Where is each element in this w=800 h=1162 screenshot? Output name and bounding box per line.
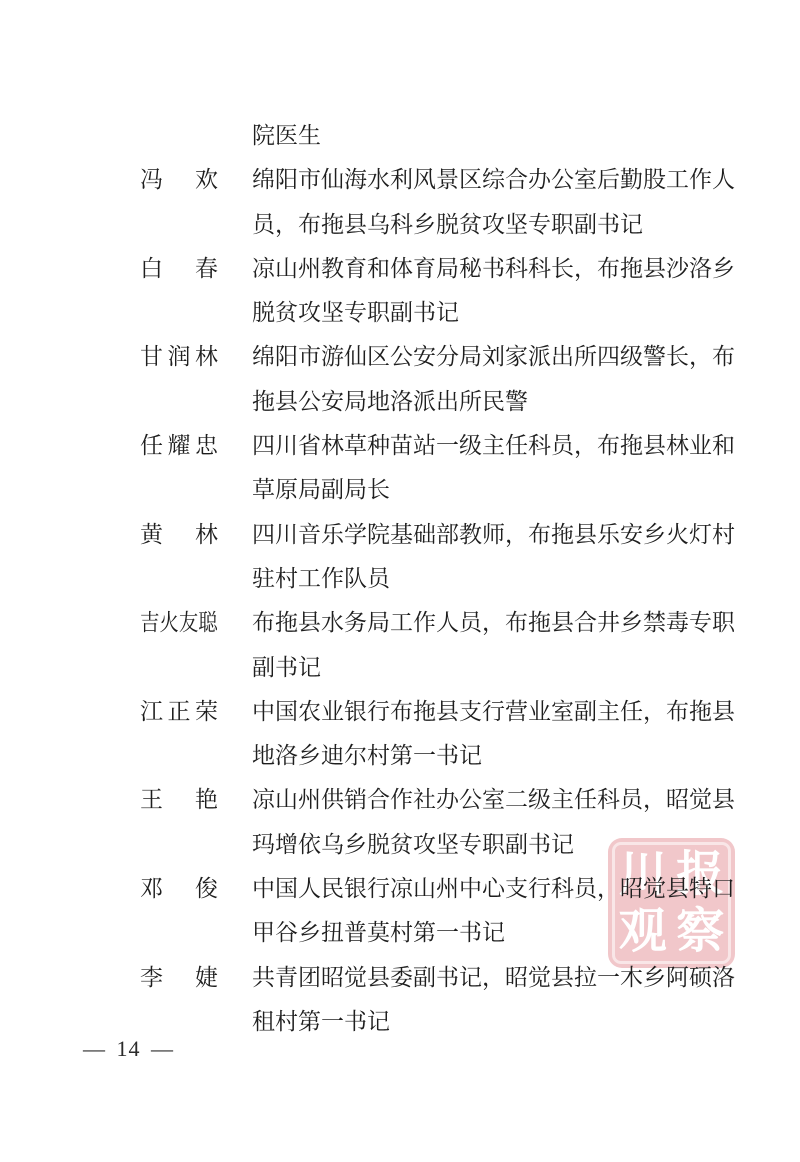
person-description: 布拖县水务局工作人员，布拖县合井乡禁毒专职副书记 xyxy=(252,601,735,690)
roster-entry: 黄 林 四川音乐学院基础部教师，布拖县乐安乡火灯村驻村工作队员 xyxy=(140,513,740,602)
roster-entry: 冯 欢 绵阳市仙海水利风景区综合办公室后勤股工作人员，布拖县乌科乡脱贫攻坚专职副… xyxy=(140,158,740,247)
person-description: 四川省林草种苗站一级主任科员，布拖县林业和草原局副局长 xyxy=(252,424,735,513)
person-description: 院医生 xyxy=(252,114,735,158)
person-description: 中国人民银行凉山州中心支行科员，昭觉县特口甲谷乡扭普莫村第一书记 xyxy=(252,867,735,956)
person-description: 四川音乐学院基础部教师，布拖县乐安乡火灯村驻村工作队员 xyxy=(252,513,735,602)
person-name: 吉火友聪 xyxy=(140,601,206,645)
person-description: 绵阳市仙海水利风景区综合办公室后勤股工作人员，布拖县乌科乡脱贫攻坚专职副书记 xyxy=(252,158,735,247)
person-description: 凉山州供销合作社办公室二级主任科员，昭觉县玛增依乌乡脱贫攻坚专职副书记 xyxy=(252,778,735,867)
person-name: 甘润林 xyxy=(140,335,218,379)
person-name: 邓 俊 xyxy=(140,867,218,911)
document-page: 川 报 观 察 院医生 冯 欢 绵阳市仙海水利风景区综合办公室后勤股工作人员，布… xyxy=(0,0,800,1162)
person-name: 李 婕 xyxy=(140,956,218,1000)
person-name: 江正荣 xyxy=(140,690,218,734)
person-name: 任耀忠 xyxy=(140,424,218,468)
roster-entry: 邓 俊 中国人民银行凉山州中心支行科员，昭觉县特口甲谷乡扭普莫村第一书记 xyxy=(140,867,740,956)
roster-list: 院医生 冯 欢 绵阳市仙海水利风景区综合办公室后勤股工作人员，布拖县乌科乡脱贫攻… xyxy=(140,114,740,1044)
person-description: 中国农业银行布拖县支行营业室副主任，布拖县地洛乡迪尔村第一书记 xyxy=(252,690,735,779)
roster-entry: 白 春 凉山州教育和体育局秘书科科长，布拖县沙洛乡脱贫攻坚专职副书记 xyxy=(140,247,740,336)
roster-entry: 王 艳 凉山州供销合作社办公室二级主任科员，昭觉县玛增依乌乡脱贫攻坚专职副书记 xyxy=(140,778,740,867)
person-name: 冯 欢 xyxy=(140,158,218,202)
person-name: 黄 林 xyxy=(140,513,218,557)
person-description: 共青团昭觉县委副书记，昭觉县拉一木乡阿硕洛租村第一书记 xyxy=(252,956,735,1045)
roster-entry: 甘润林 绵阳市游仙区公安分局刘家派出所四级警长，布拖县公安局地洛派出所民警 xyxy=(140,335,740,424)
roster-entry: 李 婕 共青团昭觉县委副书记，昭觉县拉一木乡阿硕洛租村第一书记 xyxy=(140,956,740,1045)
roster-entry: 任耀忠 四川省林草种苗站一级主任科员，布拖县林业和草原局副局长 xyxy=(140,424,740,513)
person-description: 绵阳市游仙区公安分局刘家派出所四级警长，布拖县公安局地洛派出所民警 xyxy=(252,335,735,424)
roster-entry: 吉火友聪 布拖县水务局工作人员，布拖县合井乡禁毒专职副书记 xyxy=(140,601,740,690)
roster-entry: 江正荣 中国农业银行布拖县支行营业室副主任，布拖县地洛乡迪尔村第一书记 xyxy=(140,690,740,779)
roster-entry-continuation: 院医生 xyxy=(140,114,740,158)
person-name: 白 春 xyxy=(140,247,218,291)
page-number: — 14 — xyxy=(83,1036,174,1062)
person-description: 凉山州教育和体育局秘书科科长，布拖县沙洛乡脱贫攻坚专职副书记 xyxy=(252,247,735,336)
person-name: 王 艳 xyxy=(140,778,218,822)
